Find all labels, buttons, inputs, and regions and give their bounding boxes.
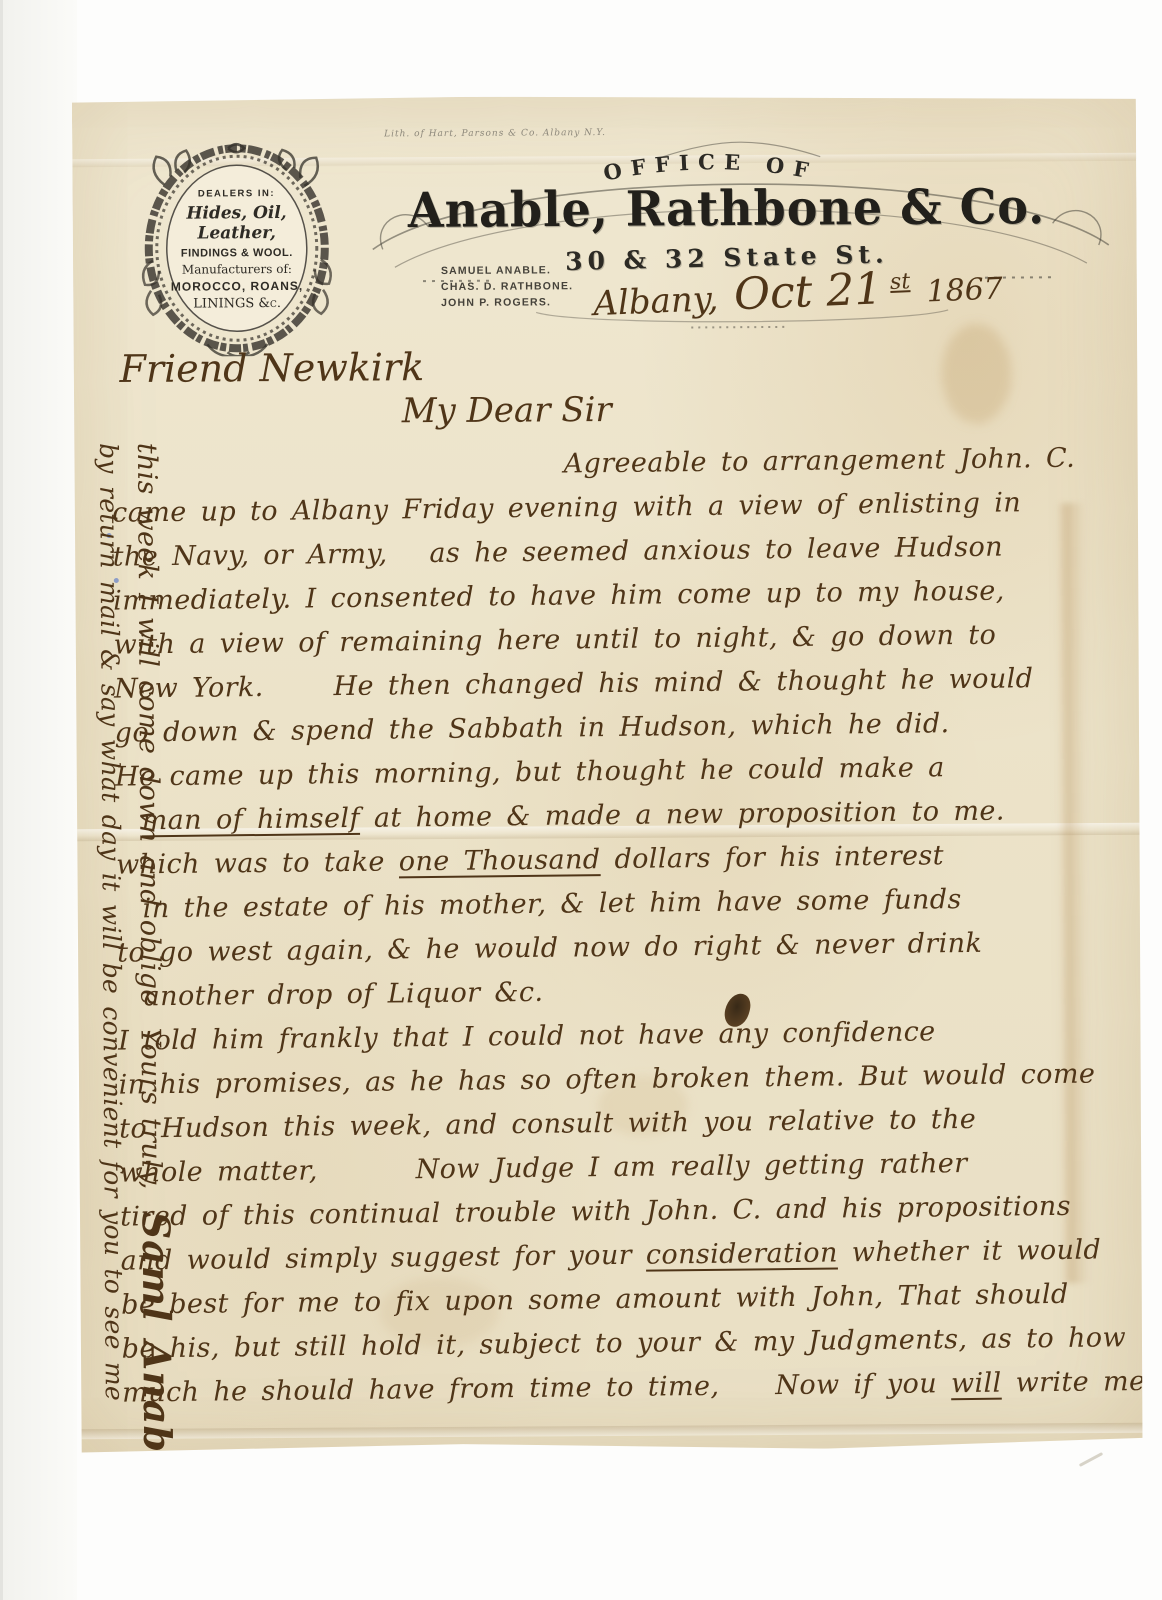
badge-dealers-in: DEALERS IN: (166, 188, 306, 200)
line-text: much he should have from time to time, N… (122, 1368, 951, 1408)
dateline-year: 1867 (926, 271, 1004, 309)
line-text: dollars for his interest (600, 840, 944, 875)
vignette-badge-text: DEALERS IN: Hides, Oil, Leather, FINDING… (166, 188, 307, 312)
line-text: at home & made a new proposition to me. (360, 796, 1005, 834)
fold-crease-bottom (80, 1423, 1144, 1439)
badge-findings-wool: FINDINGS & WOOL. (167, 247, 307, 260)
letterhead-vignette: DEALERS IN: Hides, Oil, Leather, FINDING… (136, 140, 337, 357)
partner-names: SAMUEL ANABLE. CHAS. D. RATHBONE. JOHN P… (441, 262, 574, 311)
line-text: whether it would (838, 1234, 1102, 1268)
badge-hides-oil-leather: Hides, Oil, Leather, (167, 203, 307, 244)
underlined-phrase: will (951, 1368, 1002, 1400)
paper-surface: Lith. of Hart, Parsons & Co. Albany N.Y.… (72, 93, 1144, 1455)
scanner-background (3, 0, 77, 1600)
margin-outer-line: by return mail & say what day it will be… (94, 443, 130, 1547)
closing: Yours truly, (135, 1028, 167, 1190)
foxing-stain (941, 324, 1012, 424)
dateline-place: Albany, (593, 279, 719, 324)
partner-chas-rathbone: CHAS. D. RATHBONE. (441, 278, 573, 295)
salutation-friend-newkirk: Friend Newkirk (119, 345, 424, 391)
company-name: Anable, Rathbone & Co. (402, 178, 1050, 239)
line-text: write me (1001, 1366, 1145, 1399)
dateline-ordinal: st (890, 269, 911, 295)
letter-body: Agreeable to arrangement John. C. came u… (111, 436, 1124, 1415)
badge-manufacturers-of: Manufacturers of: (167, 262, 307, 277)
margin-writing: this week I will come down and oblige Yo… (94, 443, 181, 1547)
dateline-day: Oct 21 (733, 263, 883, 320)
line-text: and would simply suggest for your (121, 1240, 647, 1277)
badge-morocco-roans: MOROCCO, ROANS, (167, 279, 307, 294)
stray-pencil-mark (1079, 1452, 1103, 1467)
partner-john-rogers: JOHN P. ROGERS. (441, 294, 573, 311)
margin-inner-line: this week I will come down and oblige Yo… (129, 443, 181, 1547)
salutation-my-dear-sir: My Dear Sir (402, 390, 612, 431)
badge-linings: LININGS &c. (167, 296, 307, 312)
underlined-phrase: one Thousand (399, 844, 601, 877)
margin-text: this week I will come down and oblige (131, 443, 165, 1006)
partner-samuel-anable: SAMUEL ANABLE. (441, 262, 573, 279)
signature: Saml Anable (134, 1212, 181, 1494)
letter-sheet: Lith. of Hart, Parsons & Co. Albany N.Y.… (72, 93, 1144, 1455)
underlined-phrase: consideration (646, 1237, 838, 1270)
